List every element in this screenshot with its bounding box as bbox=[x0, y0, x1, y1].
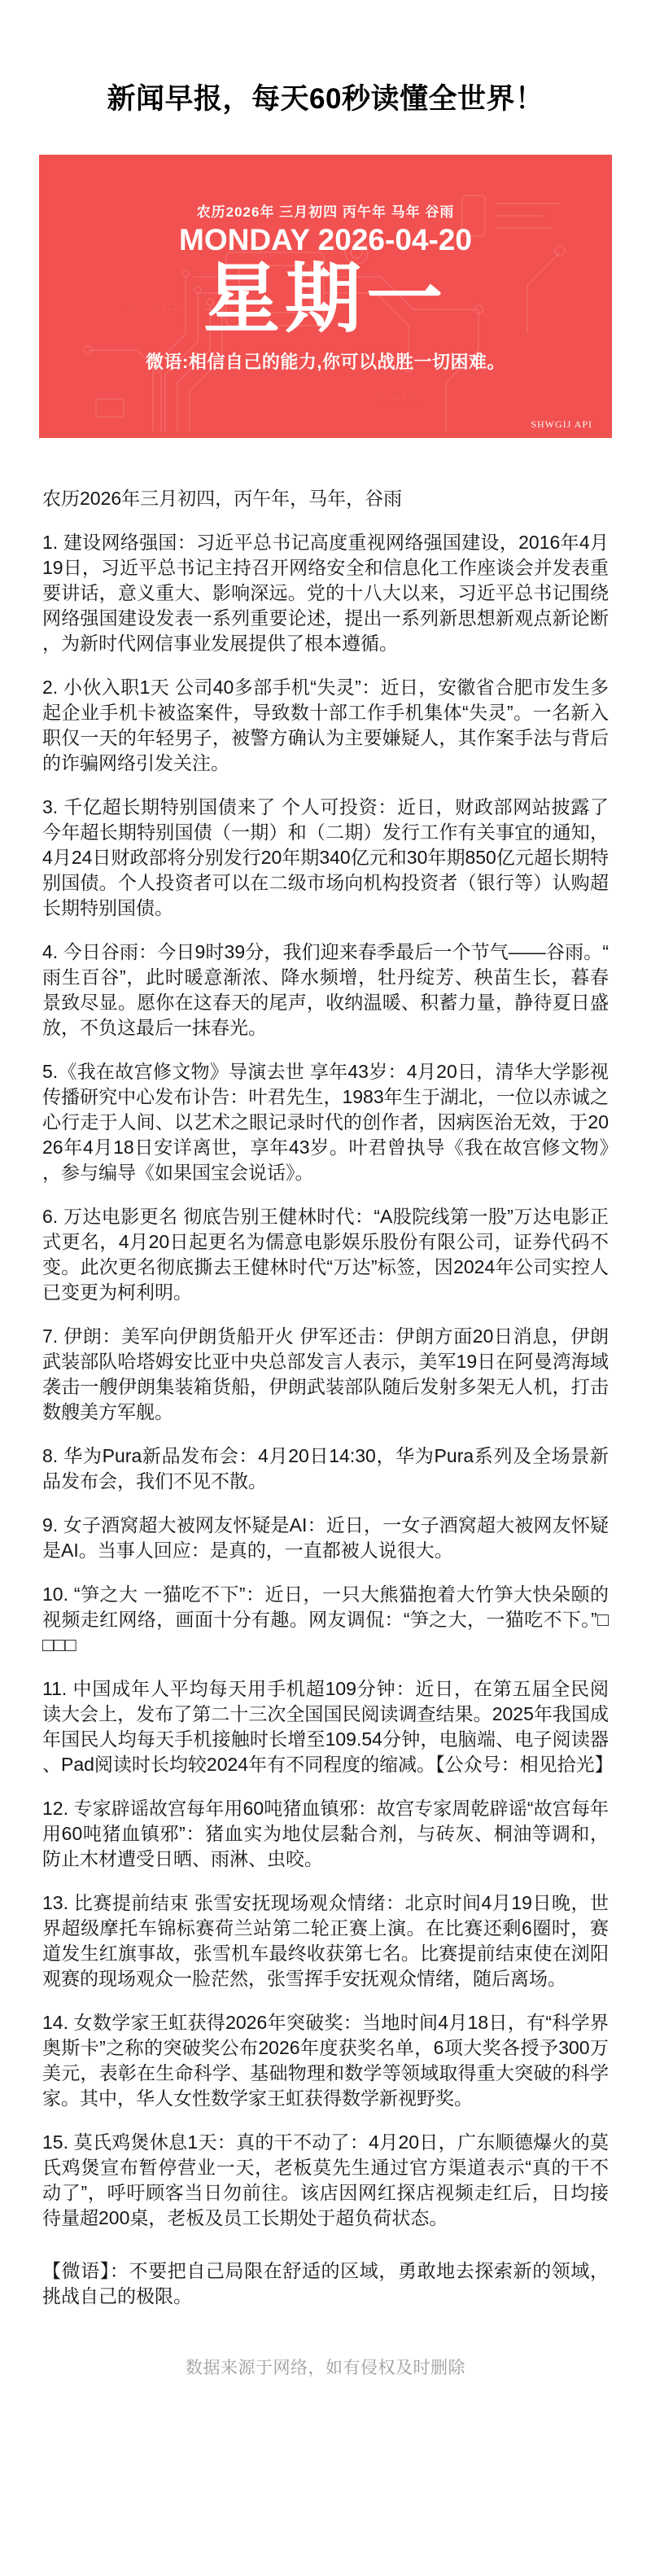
card-watermark: SHWGIJ API bbox=[531, 418, 592, 431]
news-item: 1. 建设网络强国：习近平总书记高度重视网络强国建设，2016年4月19日，习近… bbox=[42, 530, 609, 656]
news-item: 12. 专家辟谣故宫每年用60吨猪血镇邪：故宫专家周乾辟谣“故宫每年用60吨猪血… bbox=[42, 1796, 609, 1872]
news-item: 13. 比赛提前结束 张雪安抚现场观众情绪：北京时间4月19日晚，世界超级摩托车… bbox=[42, 1890, 609, 1991]
news-item: 4. 今日谷雨：今日9时39分，我们迎来春季最后一个节气——谷雨。“雨生百谷”，… bbox=[42, 940, 609, 1040]
card-weekday: 星期一 bbox=[39, 259, 612, 339]
page-footer-disclaimer: 数据来源于网络，如有侵权及时删除 bbox=[0, 2355, 651, 2379]
weiyu-quote: 【微语】：不要把自己局限在舒适的区域，勇敢地去探索新的领域，挑战自己的极限。 bbox=[42, 2258, 609, 2309]
lunar-summary-line: 农历2026年三月初四，丙午年，马年，谷雨 bbox=[42, 486, 609, 511]
news-item: 5.《我在故宫修文物》导演去世 享年43岁：4月20日，清华大学影视传播研究中心… bbox=[42, 1059, 609, 1185]
calendar-card: 农历2026年 三月初四 丙午年 马年 谷雨 MONDAY 2026-04-20… bbox=[39, 155, 612, 438]
news-item: 7. 伊朗：美军向伊朗货船开火 伊军还击：伊朗方面20日消息，伊朗武装部队哈塔姆… bbox=[42, 1324, 609, 1425]
news-item: 3. 千亿超长期特别国债来了 个人可投资：近日，财政部网站披露了今年超长期特别国… bbox=[42, 795, 609, 921]
news-item: 14. 女数学家王虹获得2026年突破奖：当地时间4月18日，有“科学界奥斯卡”… bbox=[42, 2010, 609, 2111]
card-lunar-line: 农历2026年 三月初四 丙午年 马年 谷雨 bbox=[39, 155, 612, 221]
news-body: 农历2026年三月初四，丙午年，马年，谷雨 1. 建设网络强国：习近平总书记高度… bbox=[0, 486, 651, 2309]
news-item: 2. 小伙入职1天 公司40多部手机“失灵”：近日，安徽省合肥市发生多起企业手机… bbox=[42, 675, 609, 776]
card-gregorian-date: MONDAY 2026-04-20 bbox=[39, 223, 612, 257]
news-brief-image: 新闻早报，每天60秒读懂全世界！ bbox=[0, 0, 651, 2576]
card-motto: 微语:相信自己的能力,你可以战胜一切困难。 bbox=[39, 348, 612, 374]
page-title: 新闻早报，每天60秒读懂全世界！ bbox=[0, 0, 651, 117]
news-item: 15. 莫氏鸡煲休息1天：真的干不动了：4月20日，广东顺德爆火的莫氏鸡煲宣布暂… bbox=[42, 2130, 609, 2231]
news-item: 11. 中国成年人平均每天用手机超109分钟：近日，在第五届全民阅读大会上，发布… bbox=[42, 1676, 609, 1777]
news-item: 6. 万达电影更名 彻底告别王健林时代：“A股院线第一股”万达电影正式更名，4月… bbox=[42, 1204, 609, 1305]
news-item: 9. 女子酒窝超大被网友怀疑是AI：近日，一女子酒窝超大被网友怀疑是AI。当事人… bbox=[42, 1513, 609, 1563]
news-item: 10. “笋之大 一猫吃不下”：近日，一只大熊猫抱着大竹笋大快朵颐的视频走红网络… bbox=[42, 1582, 609, 1658]
news-item: 8. 华为Pura新品发布会：4月20日14:30，华为Pura系列及全场景新品… bbox=[42, 1444, 609, 1494]
